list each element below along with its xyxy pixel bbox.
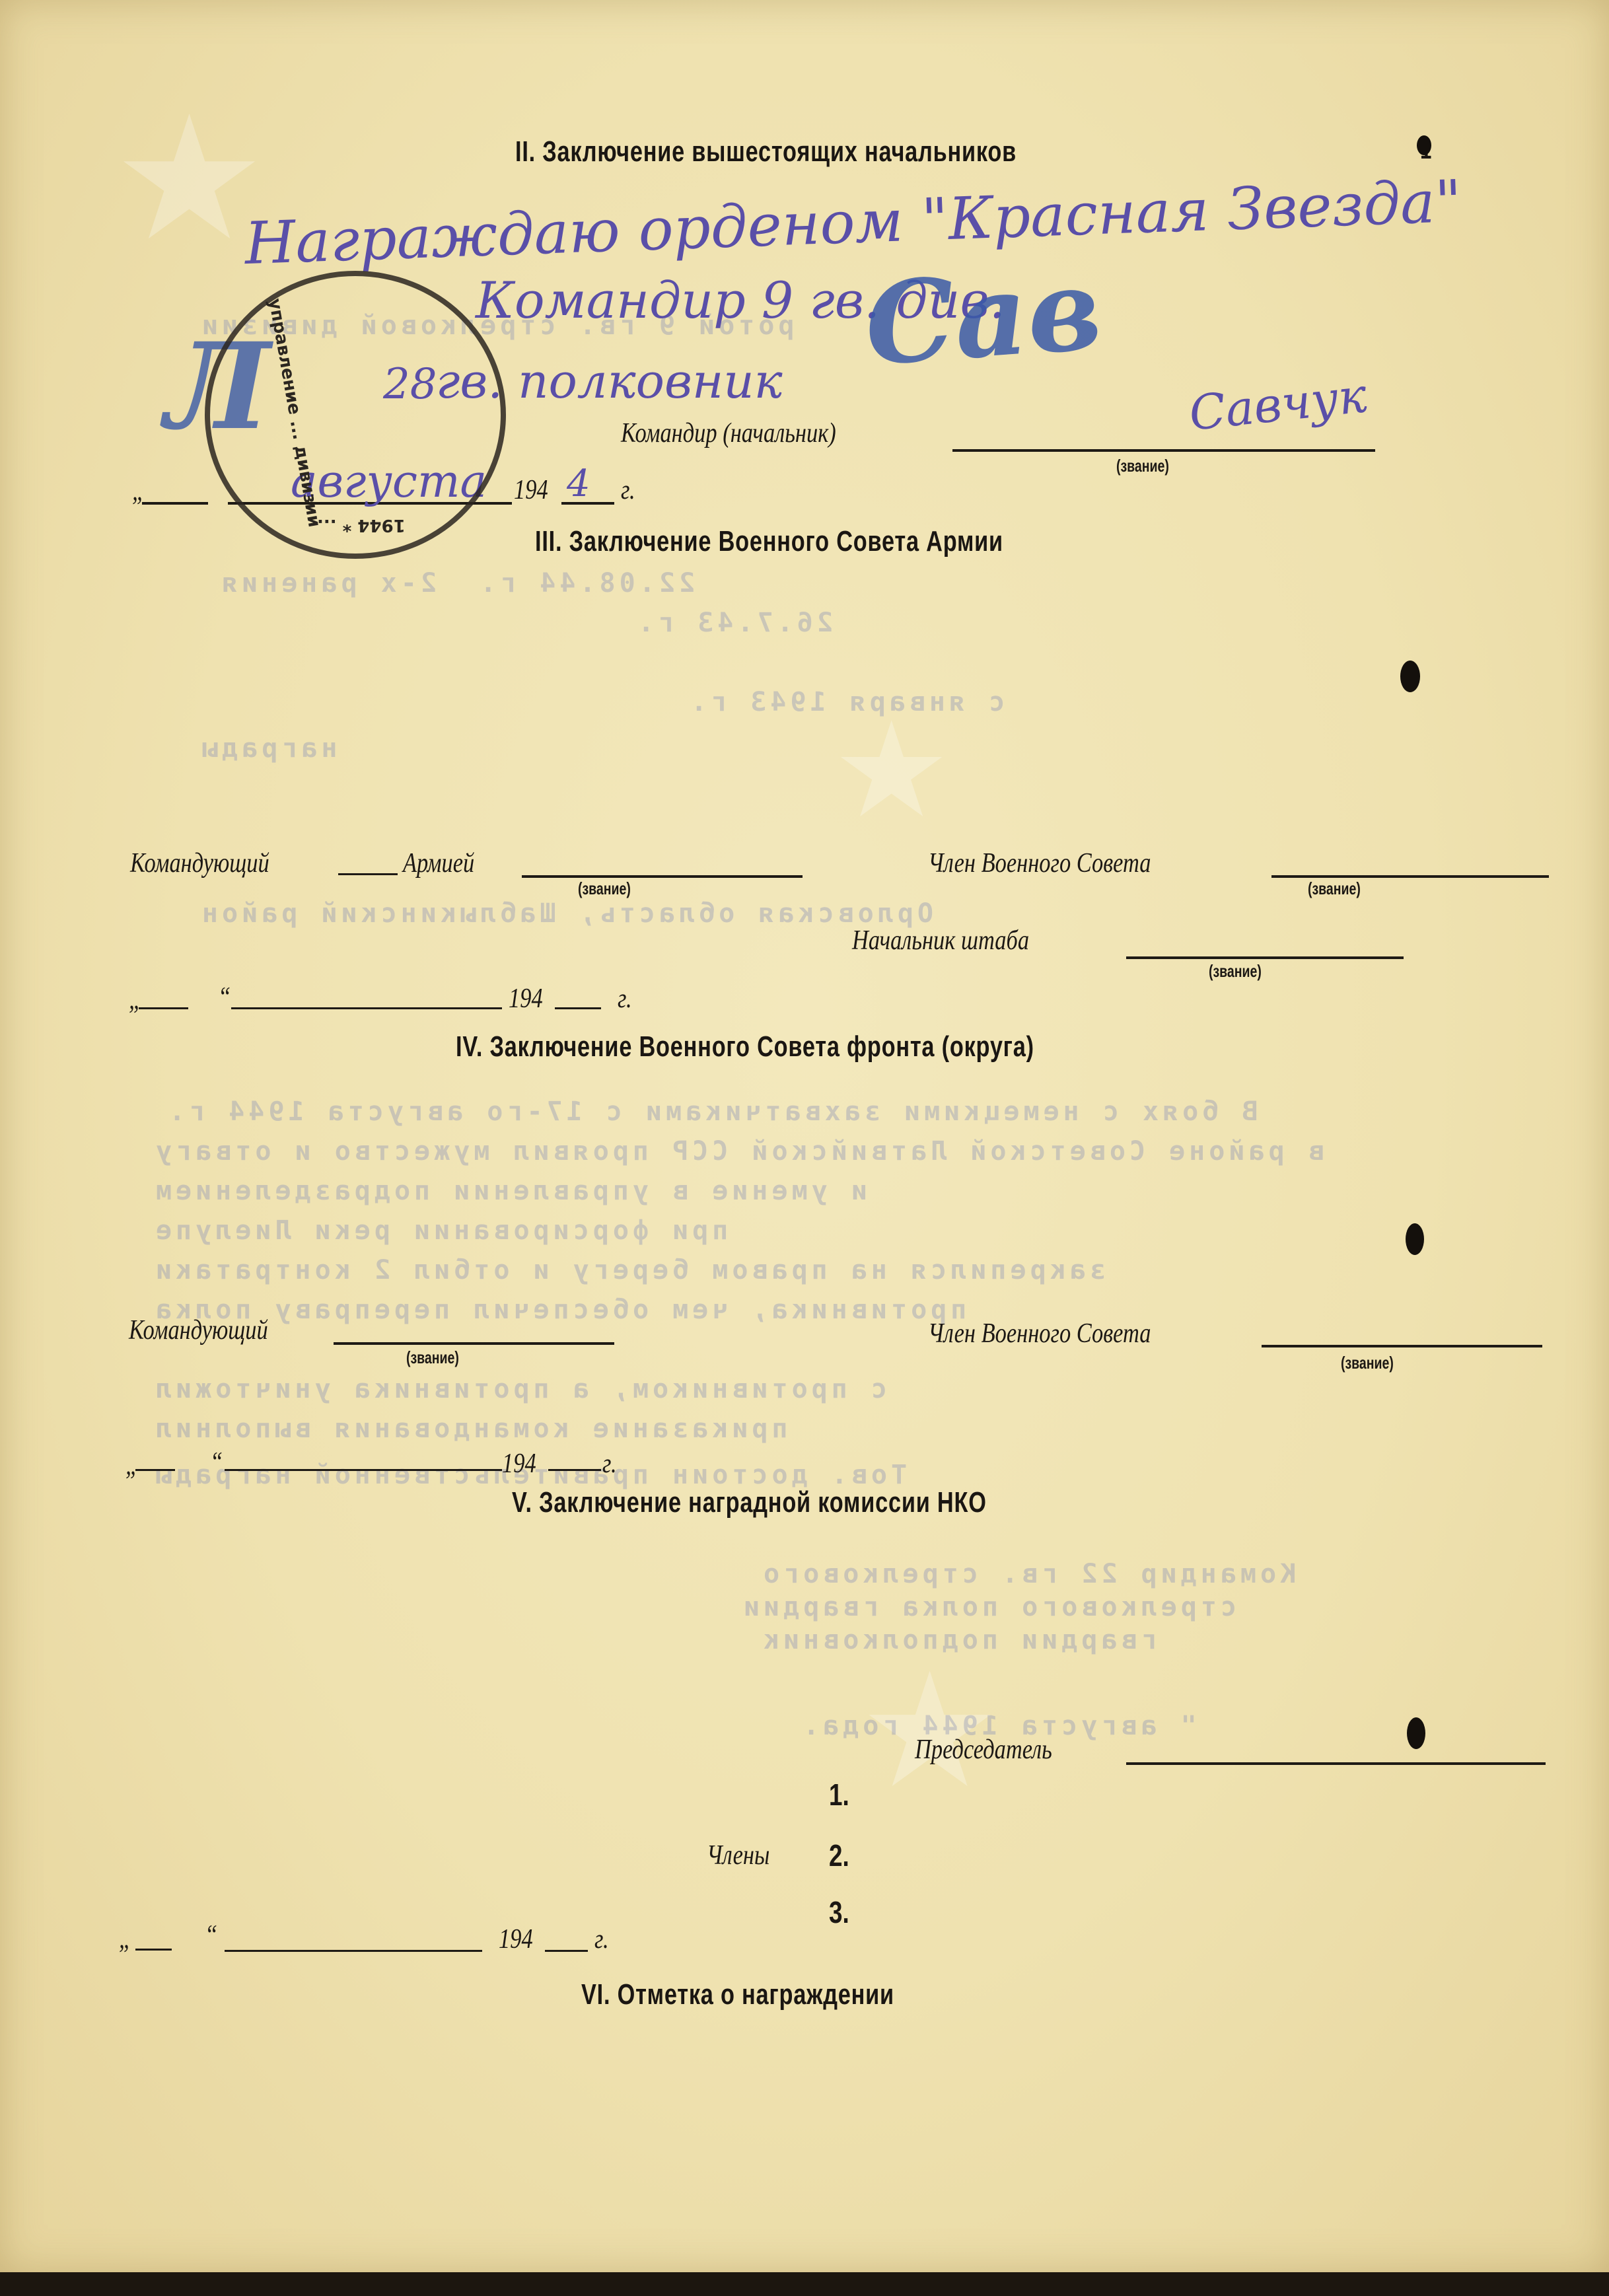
date-year-prefix: 194 (509, 983, 543, 1015)
bleed-through-text: при форсировании реки Лиелупе (152, 1215, 728, 1246)
army-council-signature-line (1271, 875, 1549, 878)
date-year-line (545, 1950, 588, 1952)
punch-hole (1407, 1717, 1425, 1749)
award-resolution-handwriting: Награждаю орденом "Красная Звезда" (244, 167, 1463, 277)
commander-signature: Сав (861, 243, 1105, 391)
date-day-line (135, 1469, 175, 1471)
signatory-surname-handwriting: Савчук (1186, 367, 1369, 441)
section-6-heading: VI. Отметка о награждении (581, 1978, 894, 2011)
date-day-line (142, 502, 208, 505)
date-day-line (139, 1007, 188, 1009)
chairman-label: Председатель (915, 1734, 1052, 1766)
date-year-prefix: 194 (514, 474, 548, 506)
date-quote-close: “ (205, 1919, 217, 1951)
front-council-rank-label: (звание) (1341, 1353, 1394, 1373)
front-commander-label: Командующий (129, 1314, 268, 1346)
bleed-through-text: 22.08.44 г. 2-х ранения (218, 568, 695, 598)
bleed-through-text: с противником, а противника уничтожил (152, 1374, 887, 1404)
chief-of-staff-label: Начальник штаба (852, 925, 1029, 956)
bleed-through-text: 26.7.43 г. (634, 608, 833, 638)
date-year-suffix: г. (618, 983, 632, 1015)
front-commander-rank-label: (звание) (406, 1347, 459, 1368)
front-council-signature-line (1262, 1345, 1542, 1347)
date-quote-close: “ (210, 1447, 223, 1478)
army-number-line (338, 873, 398, 875)
date-quote-close: “ (218, 982, 231, 1013)
army-council-member-label: Член Военного Совета (928, 847, 1151, 879)
front-council-member-label: Член Военного Совета (928, 1318, 1151, 1349)
bleed-through-text: с января 1943 г. (687, 687, 1005, 717)
date-month-line (225, 1950, 482, 1952)
date-month-line (225, 1469, 502, 1471)
punch-hole (1417, 135, 1431, 155)
date-year-prefix: 194 (499, 1923, 533, 1955)
date-year-line (555, 1007, 601, 1009)
date-year-prefix: 194 (502, 1448, 536, 1480)
chief-of-staff-signature-line (1126, 956, 1404, 959)
army-commander-rank-label: (звание) (578, 879, 631, 899)
date-quote: „ (125, 1450, 138, 1482)
section-3-heading: III. Заключение Военного Совета Армии (535, 525, 1003, 558)
commander-rank-label: (звание) (1116, 456, 1169, 476)
date-year-handwriting: 4 (567, 462, 590, 505)
date-year-suffix: г. (602, 1448, 617, 1480)
commander-label: Командир (начальник) (621, 417, 836, 449)
date-quote: „ (129, 984, 141, 1016)
stamp-text: 1944 * ... (317, 515, 406, 535)
section-5-heading: V. Заключение наградной комиссии НКО (512, 1486, 987, 1519)
document-page: ★ ★ ★ ротой 9 гв. стрелковой дивизии 22.… (0, 0, 1609, 2272)
army-commander-label: Командующий (130, 847, 269, 879)
chief-of-staff-rank-label: (звание) (1209, 961, 1262, 982)
date-month-line (231, 1007, 502, 1009)
watermark-star-icon: ★ (112, 79, 266, 279)
section-2-heading: II. Заключение вышестоящих начальников (515, 135, 1017, 168)
chairman-signature-line (1126, 1762, 1546, 1765)
bleed-through-text: В боях с немецкими захватчиками с 17-го … (165, 1096, 1258, 1127)
date-year-line (548, 1469, 601, 1471)
bleed-through-text: в районе Советской Латвийской ССР прояви… (152, 1136, 1324, 1166)
bleed-through-text: награды (198, 733, 338, 764)
commander-signature-line (952, 449, 1375, 452)
member-number-2: 2. (829, 1838, 849, 1873)
bleed-through-text: закрепился на правом берегу и отбил 2 ко… (152, 1255, 1106, 1285)
bleed-through-text: и умение в управлении подразделением (152, 1176, 867, 1206)
date-day-line (135, 1949, 172, 1951)
bleed-through-text: Орловская область, Шаблыкинский район (198, 898, 933, 929)
date-year-suffix: г. (621, 474, 635, 506)
army-commander-signature-line (522, 875, 803, 878)
army-label: Армией (403, 847, 474, 879)
bleed-through-text: стрелкового полка гвардии (740, 1592, 1236, 1622)
members-label: Члены (707, 1840, 769, 1871)
bleed-through-text: приказание командования выполнил (152, 1414, 788, 1444)
scan-bottom-edge (0, 2272, 1609, 2296)
front-commander-signature-line (334, 1342, 614, 1345)
section-4-heading: IV. Заключение Военного Совета фронта (о… (456, 1030, 1034, 1063)
bleed-through-text: противника, чем обеспечил переправу полк… (152, 1295, 966, 1325)
date-year-suffix: г. (594, 1923, 609, 1955)
bleed-through-text: Командир 22 гв. стрелкового (760, 1559, 1296, 1589)
army-council-rank-label: (звание) (1308, 879, 1361, 899)
member-number-3: 3. (829, 1894, 849, 1930)
date-quote: „ (119, 1923, 131, 1955)
punch-hole (1400, 661, 1420, 692)
member-number-1: 1. (829, 1777, 849, 1812)
punch-hole (1406, 1223, 1424, 1255)
bleed-through-text: гвардии подполковник (760, 1625, 1157, 1655)
